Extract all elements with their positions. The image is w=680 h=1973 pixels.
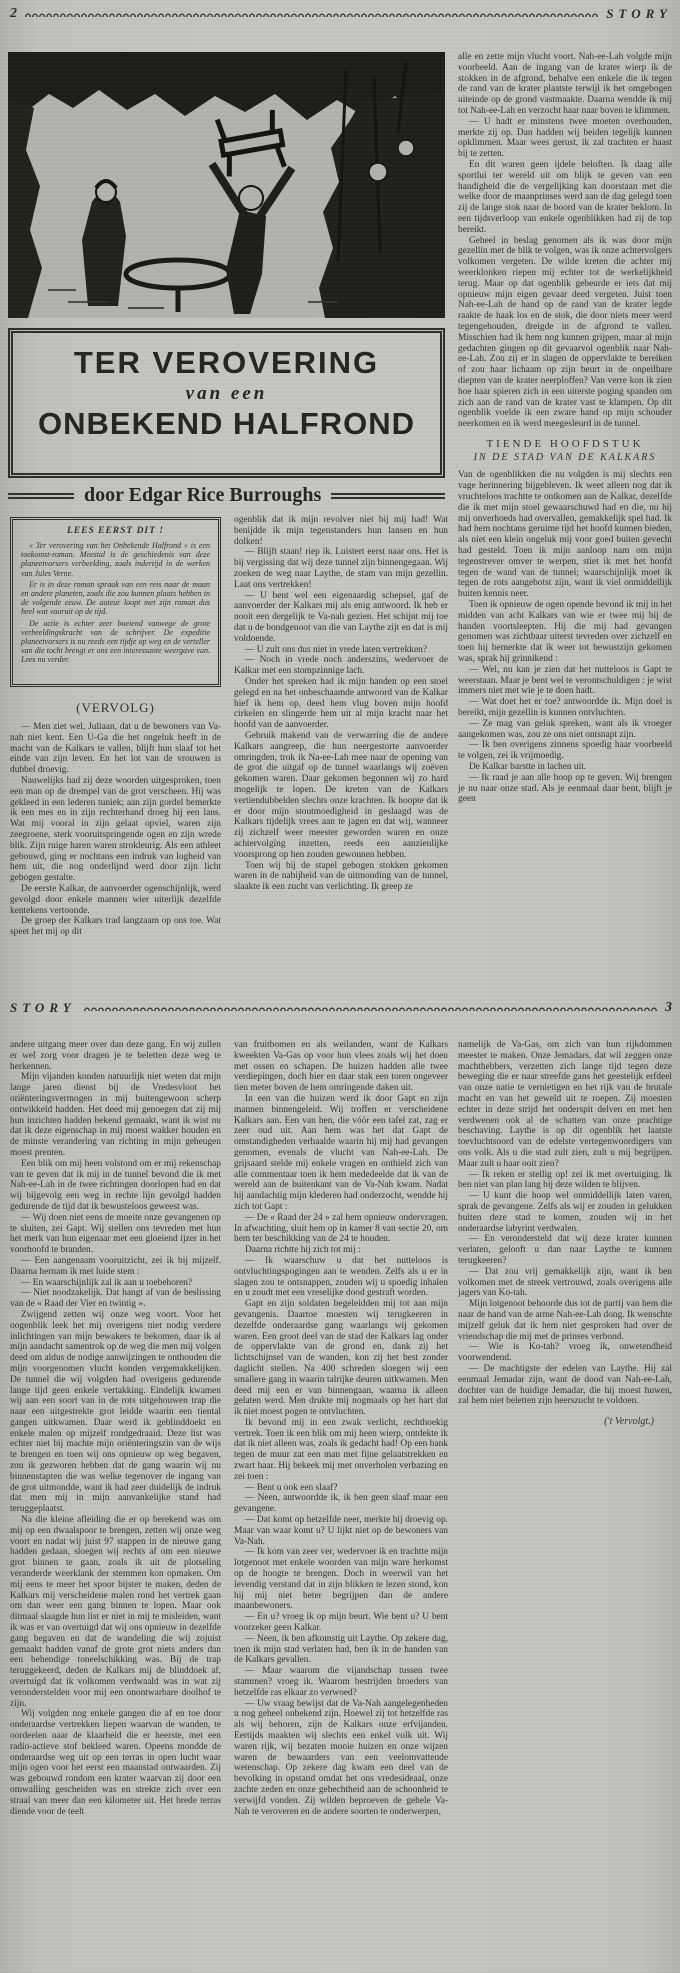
paragraph: — Niet noodzakelijk. Dat hangt af van de… [10,1288,221,1310]
story-title-box: TER VEROVERING van een ONBEKEND HALFROND [8,328,445,478]
page2-column-2: ogenblik dat ik mijn revolver niet bij m… [234,515,448,991]
paragraph: — Wel, nu kan je zien dat het nutteloos … [458,665,672,697]
paragraph: De eerste Kalkar, de aanvoerder ogenschi… [10,884,221,916]
page2-column-3-text-a: alle en zette mijn vlucht voort. Nah-ee-… [458,52,672,430]
page2-column-3-text-b: Van de ogenblikken die nu volgden is mij… [458,470,672,805]
page3-column-2-text: van fruitbomen en als weilanden, want de… [234,1040,448,1817]
paragraph: Toen wij bij de stapel gebogen stokken g… [234,861,448,893]
paragraph: De Kalkar barstte in lachen uit. [458,762,672,773]
wavy-rule [84,1006,657,1011]
paragraph: — Noch in vrede noch anderszins, wedervo… [234,655,448,677]
paragraph: ogenblik dat ik mijn revolver niet bij m… [234,515,448,547]
paragraph: Wij volgden nog enkele gangen die af en … [10,1709,221,1817]
page3-column-1: andere uitgang meer over dan deze gang. … [10,1040,221,1966]
paragraph: Daarna richtte hij zich tot mij : [234,1245,448,1256]
paragraph: Een blik om mij heen volstond om er mij … [10,1159,221,1213]
paragraph: Mijn lotgenoot behoorde dus tot de parti… [458,1299,672,1342]
paragraph: — Wat doet het er toe? antwoordde ik. Mi… [458,697,672,719]
paragraph: — Neen, antwoordde ik, ik ben geen slaaf… [234,1493,448,1515]
intro-box-title: LEES EERST DIT ! [21,526,210,536]
paragraph: — Bent u ook een slaaf? [234,1483,448,1494]
wavy-rule [25,12,598,17]
page2-header: 2 STORY [10,6,672,22]
paragraph: Onder het spreken had ik mijn handen op … [234,677,448,731]
paragraph: — Ze mag van geluk spreken, want als ik … [458,719,672,741]
story-title-line3: ONBEKEND HALFROND [13,408,440,441]
author-line: door Edgar Rice Burroughs [8,484,445,507]
paragraph: — Ik kom van zeer ver, wedervoer ik en t… [234,1547,448,1612]
paragraph: namelijk de Va-Gas, om zich van hun rijk… [458,1040,672,1170]
paragraph: De groep der Kalkars trad langzaam op on… [10,916,221,938]
page3-column-1-text: andere uitgang meer over dan deze gang. … [10,1040,221,1817]
paragraph: In een van die huizen werd ik door Gapt … [234,1094,448,1213]
paragraph: — U bent wel een eigenaardig schepsel, g… [234,591,448,645]
chapter-subheading: IN DE STAD VAN DE KALKARS [458,453,672,464]
paragraph: — Uw vraag bewijst dat de Va-Nah aangele… [234,1699,448,1818]
page3-column-3-text: namelijk de Va-Gas, om zich van hun rijk… [458,1040,672,1407]
paragraph: Gapt en zijn soldaten begeleidden mij to… [234,1299,448,1418]
paragraph: « Ter verovering van het Onbekende Halfr… [21,541,210,578]
story-title-line2: van een [13,383,440,405]
page3-masthead: STORY [10,1000,76,1016]
paragraph: — En verondersteld dat wij deze krater k… [458,1234,672,1266]
paragraph: Nauwelijks had zij deze woorden uitgespr… [10,776,221,884]
paragraph: — Dat komt op hetzelfde neer, merkte hij… [234,1515,448,1547]
page2-number: 2 [10,6,17,22]
paragraph: — Ik waarschuw u dat het nutteloos is on… [234,1256,448,1299]
paragraph: — Ik ben overigens zinnens spoedig haar … [458,740,672,762]
paragraph: — Wij doen niet eens de moeite onze geva… [10,1213,221,1256]
paragraph: Geheel in beslag genomen als ik was door… [458,236,672,430]
paragraph: — De machtigste der edelen van Laythe. H… [458,1364,672,1407]
paragraph: De actie is echter zeer boeiend vanwege … [21,619,210,665]
page2-column-1-text: — Men ziet wel, Juliaan, dat u de bewone… [10,722,221,938]
paragraph: — Neen, ik ben afkomstig uit Laythe. Op … [234,1634,448,1666]
paragraph: Gebruik makend van de verwarring die de … [234,731,448,861]
paragraph: — U hadt er minstens twee moeten overhou… [458,117,672,160]
chapter-heading: TIENDE HOOFDSTUK [458,439,672,450]
paragraph: Mijn vijanden konden natuurlijk niet wet… [10,1072,221,1158]
story-title-line1: TER VEROVERING [13,347,440,380]
page2-column-3: alle en zette mijn vlucht voort. Nah-ee-… [458,52,672,992]
intro-box: LEES EERST DIT ! « Ter verovering van he… [10,517,221,687]
paragraph: En dit waren geen ijdele beloften. Ik da… [458,160,672,236]
paragraph: Van de ogenblikken die nu volgden is mij… [458,470,672,600]
paragraph: Ik bevond mij in een zwak verlicht, rech… [234,1418,448,1483]
page3-column-2: van fruitbomen en als weilanden, want de… [234,1040,448,1966]
paragraph: alle en zette mijn vlucht voort. Nah-ee-… [458,52,672,117]
author-rule-right [331,493,445,499]
paragraph: — Men ziet wel, Juliaan, dat u de bewone… [10,722,221,776]
intro-box-text: « Ter verovering van het Onbekende Halfr… [21,541,210,665]
paragraph: Zwijgend zetten wij onze weg voort. Voor… [10,1310,221,1515]
page3-number: 3 [665,1000,672,1016]
paragraph: — En waarschijnlijk zal ik aan u toebeho… [10,1278,221,1289]
magazine-page-scan: 2 STORY TER VEROVERING van een [0,0,680,1973]
to-be-continued: ('t Vervolgt.) [458,1417,672,1428]
page3-column-3: namelijk de Va-Gas, om zich van hun rijk… [458,1040,672,1966]
paragraph: Toen ik opnieuw de ogen opende bevond ik… [458,600,672,665]
paragraph: — De « Raad der 24 » zal hem opnieuw ond… [234,1213,448,1245]
page2-column-2-text: ogenblik dat ik mijn revolver niet bij m… [234,515,448,893]
continuation-heading: (VERVOLG) [10,700,221,716]
page2-column-1: — Men ziet wel, Juliaan, dat u de bewone… [10,722,221,990]
paragraph: Er is in deze roman spraak van een reis … [21,580,210,617]
paragraph: — Ik raad je aan alle hoop op te geven. … [458,773,672,805]
paragraph: — Een aangenaam vooruitzicht, zei ik bij… [10,1256,221,1278]
paragraph: — Blijft staan! riep ik. Luistert eerst … [234,547,448,590]
paragraph: — En u? vroeg ik op mijn beurt. Wie bent… [234,1612,448,1634]
paragraph: — U zult ons dus niet in vrede laten ver… [234,645,448,656]
paragraph: van fruitbomen en als weilanden, want de… [234,1040,448,1094]
author-rule-left [8,493,74,499]
story-author: door Edgar Rice Burroughs [84,484,321,507]
paragraph: andere uitgang meer over dan deze gang. … [10,1040,221,1072]
paragraph: — Dat zou vrij gemakkelijk zijn, want ik… [458,1267,672,1299]
paragraph: — Wie is Ko-tah? vroeg ik, onwetendheid … [458,1342,672,1364]
paragraph: — Ik reken er stellig op! zei ik met ove… [458,1170,672,1192]
paragraph: — Maar waarom die vijandschap tussen twe… [234,1666,448,1698]
story-illustration [8,52,445,318]
paragraph: Na die kleine afleiding die er op bereke… [10,1515,221,1709]
page2-masthead: STORY [606,6,672,22]
paragraph: — U kunt die hoop wel onmiddellijk laten… [458,1191,672,1234]
page3-header: STORY 3 [10,1000,672,1016]
